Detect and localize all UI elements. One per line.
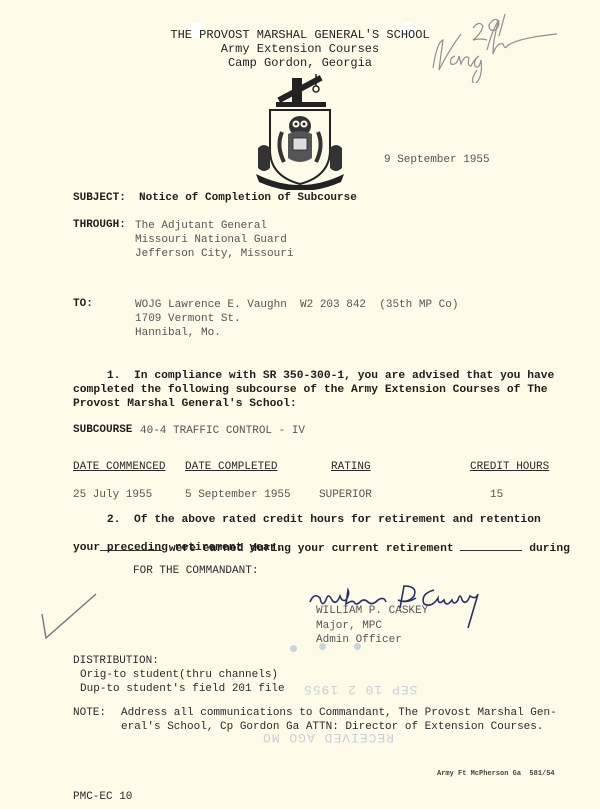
table-cell-credit-hours: 15 <box>490 489 503 501</box>
check-mark-icon <box>38 590 98 642</box>
signer-name: WILLIAM P. CASKEY <box>316 605 428 617</box>
paragraph2-line-3: your preceding retirement year. <box>73 542 283 554</box>
school-crest-icon <box>252 68 348 190</box>
note-label: NOTE: <box>73 707 106 719</box>
printer-imprint: Army Ft McPherson Ga 581/54 <box>437 770 555 778</box>
letter-date: 9 September 1955 <box>384 154 490 166</box>
subject-label: SUBJECT: <box>73 192 126 204</box>
for-the-commandant: FOR THE COMMANDANT: <box>133 565 258 577</box>
ink-dot <box>290 645 297 652</box>
paragraph1-line-3: Provost Marshal General's School: <box>73 398 297 410</box>
paragraph2-line-2b: during <box>522 543 569 555</box>
subcourse-value: 40-4 TRAFFIC CONTROL - IV <box>140 425 305 437</box>
distribution-line-2: Dup-to student's field 201 file <box>80 683 285 695</box>
paragraph1-line-1: 1. In compliance with SR 350-300-1, you … <box>73 370 554 382</box>
credit-hours-preceding-blank <box>460 540 522 551</box>
table-cell-rating: SUPERIOR <box>319 489 372 501</box>
table-header-credit-hours: CREDIT HOURS <box>470 461 549 473</box>
subcourse-label: SUBCOURSE <box>73 424 132 436</box>
paragraph1-line-2: completed the following subcourse of the… <box>73 384 548 396</box>
to-line-3: Hannibal, Mo. <box>135 327 221 339</box>
signer-rank: Major, MPC <box>316 620 382 632</box>
table-cell-date-completed: 5 September 1955 <box>185 489 291 501</box>
table-header-rating: RATING <box>331 461 371 473</box>
paragraph2-line-1: 2. Of the above rated credit hours for r… <box>73 514 541 526</box>
ink-dot <box>354 643 361 650</box>
through-label: THROUGH: <box>73 219 126 231</box>
subject-text: Notice of Completion of Subcourse <box>139 192 357 204</box>
note-line-2: eral's School, Cp Gordon Ga ATTN: Direct… <box>121 721 543 733</box>
table-cell-date-commenced: 25 July 1955 <box>73 489 152 501</box>
through-line-3: Jefferson City, Missouri <box>135 248 293 260</box>
pencil-note-icon <box>425 8 590 83</box>
note-line-1: Address all communications to Commandant… <box>121 707 557 719</box>
document-page: THE PROVOST MARSHAL GENERAL'S SCHOOL Arm… <box>0 0 600 809</box>
distribution-label: DISTRIBUTION: <box>73 655 159 667</box>
table-header-date-commenced: DATE COMMENCED <box>73 461 165 473</box>
date-received-stamp: SEP 10 2 1955 <box>303 682 417 697</box>
distribution-line-1: Orig-to student(thru channels) <box>80 669 278 681</box>
to-line-2: 1709 Vermont St. <box>135 313 241 325</box>
to-line-1: WOJG Lawrence E. Vaughn W2 203 842 (35th… <box>135 299 458 311</box>
through-line-2: Missouri National Guard <box>135 234 287 246</box>
table-header-date-completed: DATE COMPLETED <box>185 461 277 473</box>
to-label: TO: <box>73 298 93 310</box>
through-line-1: The Adjutant General <box>135 220 267 232</box>
ink-dot <box>319 643 326 650</box>
form-number: PMC-EC 10 <box>73 791 132 803</box>
